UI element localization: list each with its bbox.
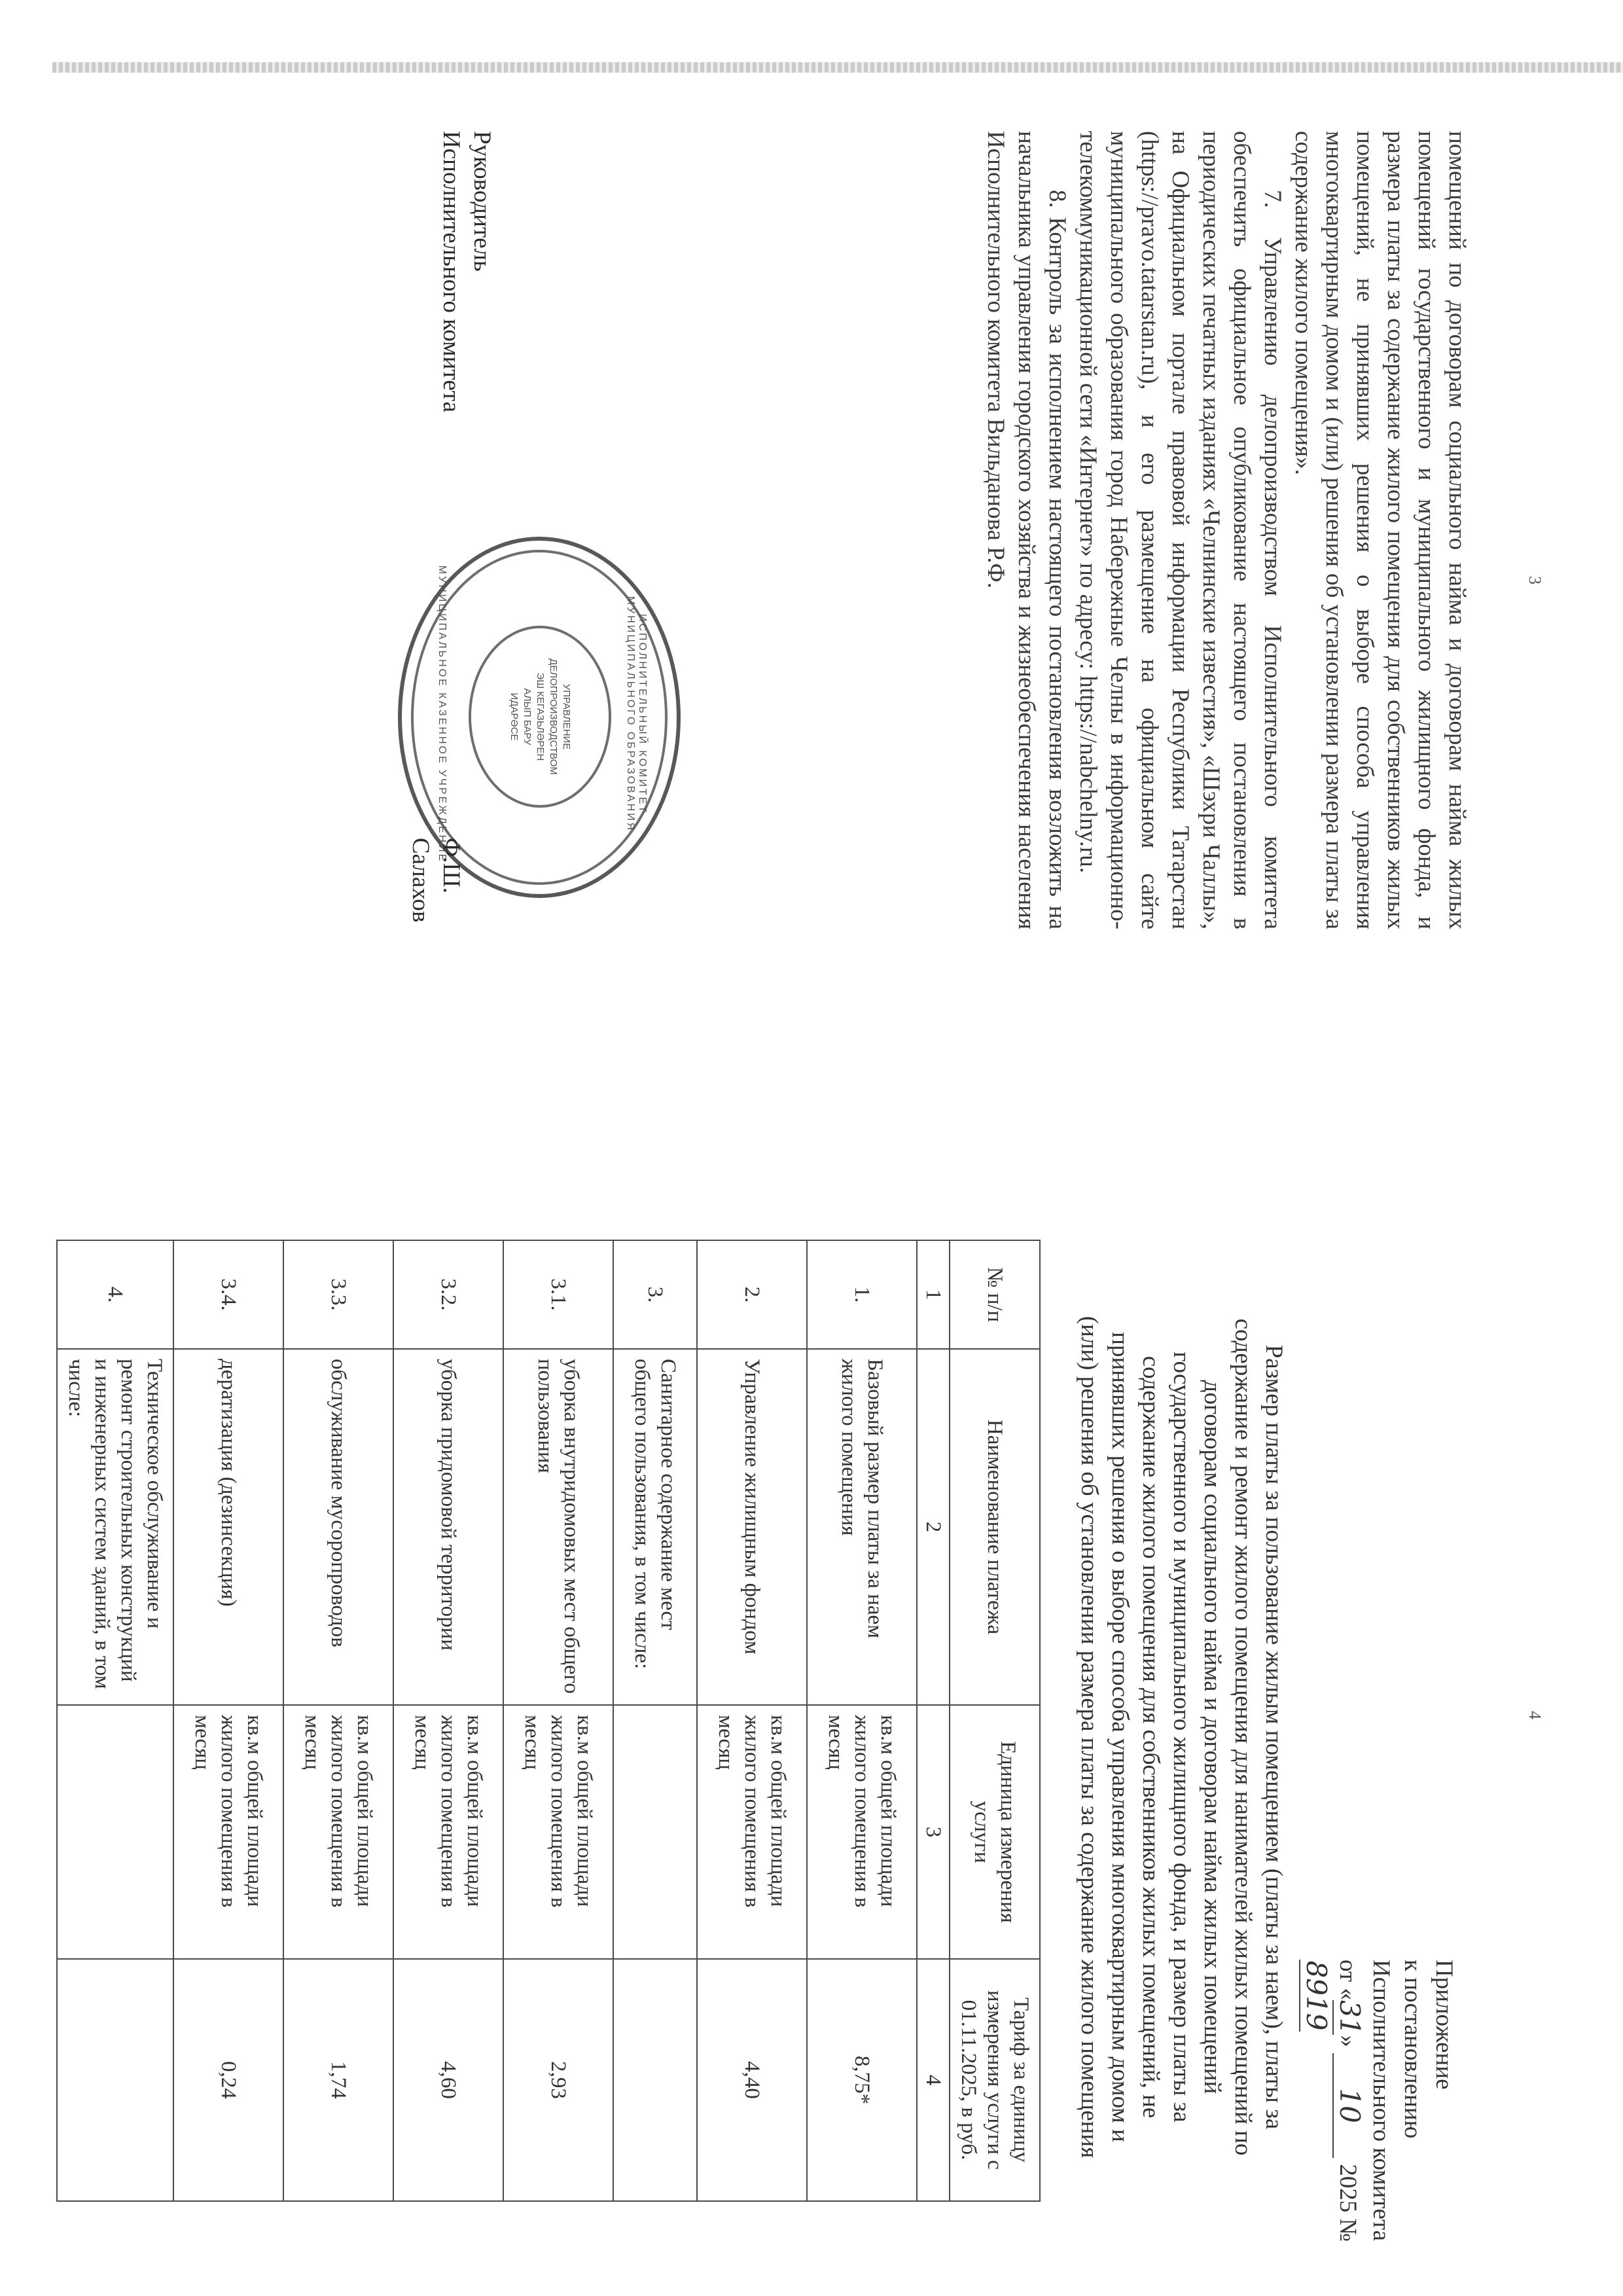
row-unit: кв.м общей площади жилого помещения в ме… <box>283 1705 393 1959</box>
table-row: 3.Санитарное содержание мест общего поль… <box>613 1240 697 2201</box>
row-tariff: 0,24 <box>173 1959 283 2201</box>
header-unit: Единица измерения услуги <box>950 1705 1040 1959</box>
signatory-role: Руководитель Исполнительного комитета <box>436 131 497 412</box>
stamp-inner-line: ДЕЛОПРОИЗВОДСТВОМ <box>546 658 560 775</box>
table-row: 1.Базовый размер платы за наем жилого по… <box>807 1240 917 2201</box>
tariff-table: № п/п Наименование платежа Единица измер… <box>56 1240 1041 2202</box>
row-number: 1. <box>807 1240 917 1349</box>
stamp-inner-line: ИДАРӘСЕ <box>507 692 520 740</box>
table-row: 3.4.дератизация (дезинсекция)кв.м общей … <box>173 1240 283 2201</box>
row-number: 3. <box>613 1240 697 1349</box>
stamp-inner-line: УПРАВЛЕНИЕ <box>560 684 573 750</box>
row-name: дератизация (дезинсекция) <box>173 1349 283 1705</box>
row-tariff: 4,40 <box>697 1959 807 2201</box>
row-number: 4. <box>57 1240 173 1349</box>
table-row: 3.3.обслуживание мусоропроводовкв.м обще… <box>283 1240 393 2201</box>
date-prefix: от « <box>1334 1960 1361 2000</box>
header-name: Наименование платежа <box>950 1349 1040 1705</box>
column-index: 3 <box>917 1705 950 1959</box>
row-number: 2. <box>697 1240 807 1349</box>
header-num: № п/п <box>950 1240 1040 1349</box>
row-name: уборка внутридомовых мест общего пользов… <box>503 1349 613 1705</box>
page-number: 4 <box>1525 1711 1544 1719</box>
row-number: 3.4. <box>173 1240 283 1349</box>
row-unit <box>57 1705 173 1959</box>
table-header-row: № п/п Наименование платежа Единица измер… <box>950 1240 1040 2201</box>
row-unit: кв.м общей площади жилого помещения в ме… <box>807 1705 917 1959</box>
row-tariff: 1,74 <box>283 1959 393 2201</box>
paragraph-8: 8. Контроль за исполнением настоящего по… <box>980 131 1073 929</box>
document-title: Размер платы за пользование жилым помеще… <box>1074 1312 1289 2162</box>
column-index: 1 <box>917 1240 950 1349</box>
document-spread: 3 помещений по договорам социального най… <box>0 0 1623 2296</box>
row-name: Базовый размер платы за наем жилого поме… <box>807 1349 917 1705</box>
row-unit: кв.м общей площади жилого помещения в ме… <box>393 1705 503 1959</box>
row-tariff: 8,75* <box>807 1959 917 2201</box>
column-index-row: 1 2 3 4 <box>917 1240 950 2201</box>
appendix-header: Приложение к постановлению Исполнительно… <box>1298 1960 1459 2287</box>
row-unit: кв.м общей площади жилого помещения в ме… <box>503 1705 613 1959</box>
row-name: обслуживание мусоропроводов <box>283 1349 393 1705</box>
table-row: 3.1.уборка внутридомовых мест общего пол… <box>503 1240 613 2201</box>
appendix-date-line: от «31» 10 2025 № 8919 <box>1298 1960 1365 2287</box>
appendix-line: Приложение <box>1428 1960 1459 2287</box>
paragraph-continuation: помещений по договорам социального найма… <box>1288 131 1472 929</box>
appendix-line: к постановлению <box>1397 1960 1428 2287</box>
row-unit: кв.м общей площади жилого помещения в ме… <box>697 1705 807 1959</box>
role-line: Исполнительного комитета <box>436 131 467 412</box>
row-name: Управление жилищным фондом <box>697 1349 807 1705</box>
row-tariff: 2,93 <box>503 1959 613 2201</box>
stamp-ring-text-top: ИСПОЛНИТЕЛЬНЫЙ КОМИТЕТ МУНИЦИПАЛЬНОГО ОБ… <box>624 560 648 868</box>
stamp-inner-line: АЛЫП БАРУ <box>520 688 533 745</box>
page-4: 4 Приложение к постановлению Исполнитель… <box>0 1148 1623 2296</box>
table-row: 2.Управление жилищным фондомкв.м общей п… <box>697 1240 807 2201</box>
signatory-name: Ф.Ш. Салахов <box>405 838 467 982</box>
row-unit <box>613 1705 697 1959</box>
table-row: 3.2.уборка придомовой территориикв.м общ… <box>393 1240 503 2201</box>
row-number: 3.1. <box>503 1240 613 1349</box>
role-line: Руководитель <box>467 131 497 412</box>
column-index: 4 <box>917 1959 950 2201</box>
row-name: уборка придомовой территории <box>393 1349 503 1705</box>
row-number: 3.3. <box>283 1240 393 1349</box>
row-number: 3.2. <box>393 1240 503 1349</box>
stamp-ring-text-bottom: МУНИЦИПАЛЬНОЕ КАЗЕННОЕ УЧРЕЖДЕНИЕ <box>436 560 448 868</box>
row-unit: кв.м общей площади жилого помещения в ме… <box>173 1705 283 1959</box>
stamp-inner-line: ЭШ КЕГАЗЬЛӘРЕН <box>533 673 546 761</box>
table-row: 4.Техническое обслуживание и ремонт стро… <box>57 1240 173 2201</box>
appendix-line: Исполнительного комитета <box>1365 1960 1397 2287</box>
table-body: 1.Базовый размер платы за наем жилого по… <box>57 1240 917 2201</box>
row-tariff <box>57 1959 173 2201</box>
body-text: помещений по договорам социального найма… <box>980 131 1472 929</box>
page-number: 3 <box>1525 576 1544 584</box>
date-quote: » <box>1334 2035 1361 2047</box>
date-month: 10 <box>1332 2053 1365 2158</box>
header-tariff: Тариф за единицу измерения услуги с 01.1… <box>950 1959 1040 2201</box>
document-number: 8919 <box>1299 1960 1332 2032</box>
paragraph-7: 7. Управлению делопроизводством Исполнит… <box>1073 131 1288 929</box>
page-3: 3 помещений по договорам социального най… <box>0 0 1623 1148</box>
row-tariff <box>613 1959 697 2201</box>
date-year: 2025 № <box>1334 2164 1361 2242</box>
row-name: Техническое обслуживание и ремонт строит… <box>57 1349 173 1705</box>
row-name: Санитарное содержание мест общего пользо… <box>613 1349 697 1705</box>
column-index: 2 <box>917 1349 950 1705</box>
stamp-center: УПРАВЛЕНИЕ ДЕЛОПРОИЗВОДСТВОМ ЭШ КЕГАЗЬЛӘ… <box>469 626 611 808</box>
date-day: 31 <box>1332 2000 1365 2035</box>
row-tariff: 4,60 <box>393 1959 503 2201</box>
